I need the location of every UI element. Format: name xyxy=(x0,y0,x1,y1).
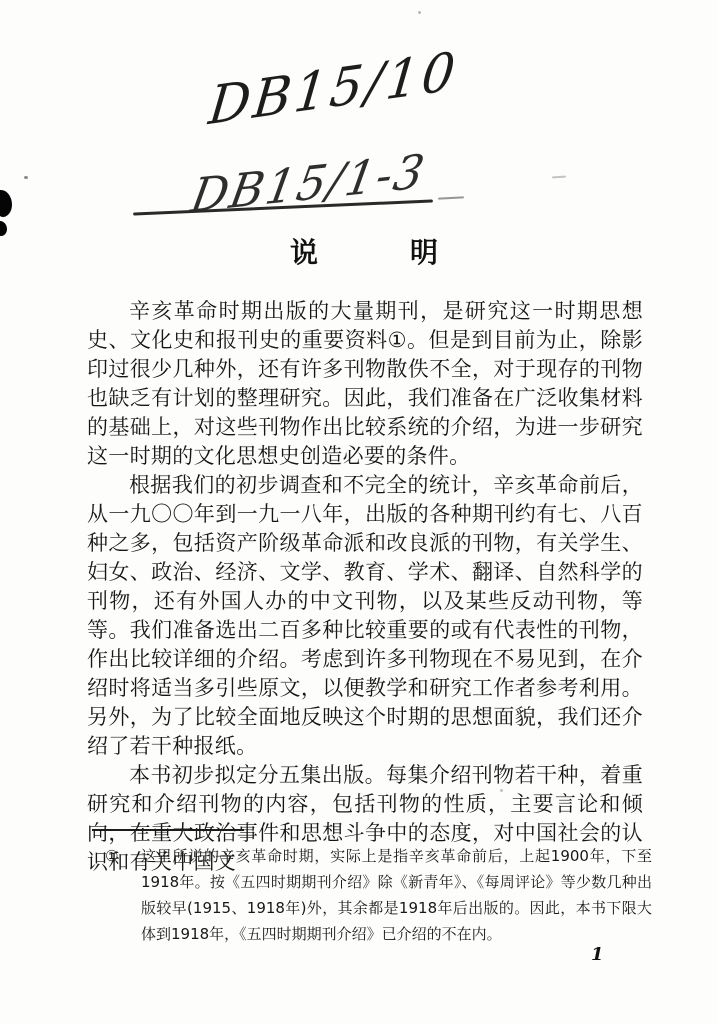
page-title: 说 明 xyxy=(0,231,717,271)
scan-speck xyxy=(552,176,566,179)
footnote-text: 这里所说的辛亥革命时期，实际上是指辛亥革命前后，上起1900年，下至1918年。… xyxy=(141,843,652,947)
strikethrough-line-tail xyxy=(438,196,464,199)
scan-ink-blob xyxy=(0,190,12,217)
footnote: ① 这里所说的辛亥革命时期，实际上是指辛亥革命前后，上起1900年，下至1918… xyxy=(105,843,652,947)
page-number: 1 xyxy=(591,944,604,965)
scanned-book-page: DB15/10 DB15/1-3 说 明 辛亥革命时期出版的大量期刊，是研究这一… xyxy=(0,0,717,1024)
scan-speck xyxy=(418,11,421,14)
scan-speck xyxy=(24,176,28,179)
footnote-marker: ① xyxy=(105,843,129,869)
paragraph-2: 根据我们的初步调查和不完全的统计，辛亥革命前后，从一九〇〇年到一九一八年，出版的… xyxy=(87,471,643,761)
footnote-divider xyxy=(92,829,244,831)
body-text: 辛亥革命时期出版的大量期刊，是研究这一时期思想史、文化史和报刊史的重要资料①。但… xyxy=(87,297,643,877)
handwritten-shelf-mark: DB15/10 xyxy=(206,45,460,133)
paragraph-1: 辛亥革命时期出版的大量期刊，是研究这一时期思想史、文化史和报刊史的重要资料①。但… xyxy=(87,297,643,471)
